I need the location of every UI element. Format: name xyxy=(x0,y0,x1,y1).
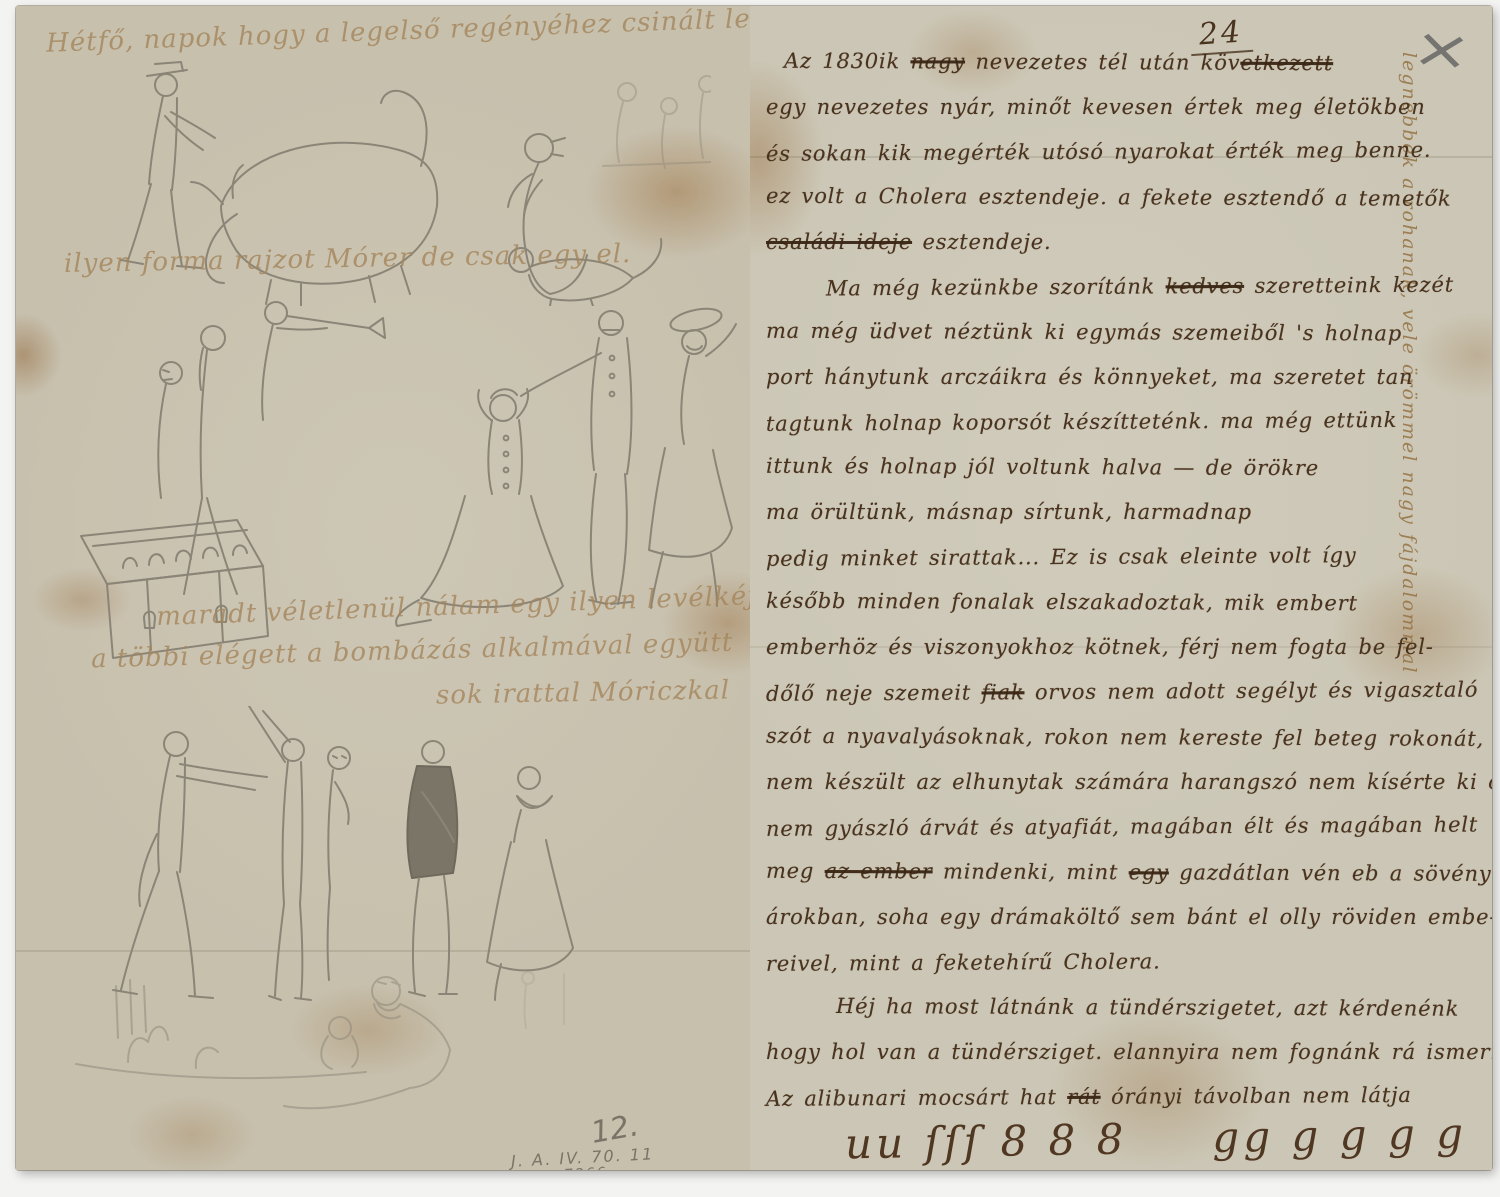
manuscript-line: tagtunk holnap koporsót készítteténk. ma… xyxy=(766,398,1366,447)
ink-text: egy nevezetes nyár, minőt kevesen értek … xyxy=(766,95,1426,119)
manuscript-line: szót a nyavalyásoknak, rokon nem kereste… xyxy=(766,714,1366,762)
ink-text: szót a nyavalyásoknak, rokon nem kereste… xyxy=(766,724,1492,752)
scan-backdrop: Hétfő, napok hogy a legelső regényéhez c… xyxy=(0,0,1500,1197)
ink-text: ez volt a Cholera esztendeje. a fekete e… xyxy=(766,184,1452,211)
manuscript-text-block: Az 1830ik nagy nevezetes tél után követk… xyxy=(766,40,1366,1120)
ink-text: órányi távolban nem látja xyxy=(1101,1083,1412,1109)
ink-text: port hánytunk arczáikra és könnyeket, ma… xyxy=(766,365,1413,389)
ink-text: nem készült az elhunytak számára harangs… xyxy=(766,770,1492,794)
manuscript-line: pedig minket sirattak... Ez is csak elei… xyxy=(766,533,1366,582)
ink-text: ma még üdvet néztünk ki egymás szemeiből… xyxy=(766,319,1402,346)
pen-trials: uu ſſſ 8 8 8gg g g g g xyxy=(845,1109,1468,1169)
ink-text: pedig minket sirattak... Ez is csak elei… xyxy=(766,543,1357,571)
manuscript-sheet: Hétfő, napok hogy a legelső regényéhez c… xyxy=(16,6,1492,1170)
caption-top: Hétfő, napok hogy a legelső regényéhez c… xyxy=(46,6,750,59)
manuscript-line: egy nevezetes nyár, minőt kevesen értek … xyxy=(766,85,1366,130)
manuscript-line: Az 1830ik nagy nevezetes tél után követk… xyxy=(766,39,1366,87)
ink-text: Az 1830ik xyxy=(784,49,911,74)
ink-text: mindenki, mint xyxy=(933,859,1129,884)
manuscript-line: ma örültünk, másnap sírtunk, harmadnap xyxy=(766,490,1366,535)
manuscript-line: Héj ha most látnánk a tündérszigetet, az… xyxy=(766,984,1366,1032)
ink-text: Héj ha most látnánk a tündérszigetet, az… xyxy=(836,994,1459,1021)
manuscript-line: nem gyászló árvát és atyafiát, magában é… xyxy=(766,803,1366,852)
ink-text: később minden fonalak elszakadoztak, mik… xyxy=(766,589,1358,616)
ink-text: nevezetes tél után köv xyxy=(965,50,1240,75)
sketch-reclining-man-with-infant xyxy=(56,946,616,1136)
ink-text: szeretteink kezét xyxy=(1244,273,1454,298)
ink-text: dőlő neje szemeit xyxy=(766,681,982,706)
ink-text: Az alibunari mocsárt hat xyxy=(766,1085,1067,1111)
manuscript-line: ma még üdvet néztünk ki egymás szemeiből… xyxy=(766,309,1366,357)
right-page: 24 × legnebbek a rohanak, vele örömmel n… xyxy=(750,6,1492,1170)
manuscript-line: ittunk és holnap jól voltunk halva — de … xyxy=(766,444,1366,492)
ink-text: ma örültünk, másnap sírtunk, harmadnap xyxy=(766,500,1252,524)
pen-trials-gap xyxy=(1128,1152,1213,1153)
ink-text: gazdátlan vén eb a sövény mellett xyxy=(1169,860,1492,886)
ink-text: emberhöz és viszonyokhoz kötnek, férj ne… xyxy=(766,635,1434,659)
struck-text: etkezett xyxy=(1240,51,1333,75)
struck-text: kedves xyxy=(1166,274,1245,298)
manuscript-line: emberhöz és viszonyokhoz kötnek, férj ne… xyxy=(766,625,1366,670)
ink-text: és sokan kik megérték utósó nyarokat ért… xyxy=(766,138,1432,166)
manuscript-line: ez volt a Cholera esztendeje. a fekete e… xyxy=(766,174,1366,222)
ink-text: reivel, mint a feketehírű Cholera. xyxy=(766,949,1161,975)
struck-text: fiak xyxy=(981,680,1024,704)
ink-text: hogy hol van a tündérsziget. elannyira n… xyxy=(766,1040,1492,1064)
ink-text: nem gyászló árvát és atyafiát, magában é… xyxy=(766,812,1478,840)
struck-text: az ember xyxy=(825,859,933,883)
pen-trials-left: uu ſſſ 8 8 8 xyxy=(845,1115,1128,1169)
ink-text: orvos nem adott segélyt és vigasztaló xyxy=(1024,677,1478,704)
ink-text: árokban, soha egy drámaköltő sem bánt el… xyxy=(766,905,1492,929)
manuscript-line: Ma még kezünkbe szorítánk kedves szerett… xyxy=(766,263,1366,312)
left-page: Hétfő, napok hogy a legelső regényéhez c… xyxy=(16,6,750,1170)
manuscript-line: dőlő neje szemeit fiak orvos nem adott s… xyxy=(766,668,1366,717)
manuscript-line: árokban, soha egy drámaköltő sem bánt el… xyxy=(766,895,1366,940)
struck-text: nagy xyxy=(910,49,965,73)
manuscript-line: később minden fonalak elszakadoztak, mik… xyxy=(766,579,1366,627)
manuscript-line: port hánytunk arczáikra és könnyeket, ma… xyxy=(766,355,1366,400)
struck-text: családi ideje xyxy=(766,230,912,254)
ink-text: esztendeje. xyxy=(912,230,1051,254)
pen-trials-right: gg g g g g xyxy=(1212,1109,1468,1162)
manuscript-line: meg az ember mindenki, mint egy gazdátla… xyxy=(766,849,1366,897)
ink-text: tagtunk holnap koporsót készítteténk. ma… xyxy=(766,408,1397,436)
manuscript-line: hogy hol van a tündérsziget. elannyira n… xyxy=(766,1030,1366,1075)
manuscript-scan: { "colors":{ "background":"#f3f3f1","pap… xyxy=(0,0,1500,1197)
manuscript-line: családi ideje esztendeje. xyxy=(766,220,1366,265)
manuscript-line: nem készült az elhunytak számára harangs… xyxy=(766,760,1366,805)
struck-text: egy xyxy=(1129,860,1169,884)
ink-text: meg xyxy=(766,859,825,883)
manuscript-line: és sokan kik megérték utósó nyarokat ért… xyxy=(766,128,1366,177)
manuscript-line: reivel, mint a feketehírű Cholera. xyxy=(766,938,1366,987)
struck-text: rát xyxy=(1067,1085,1101,1109)
ink-text: Ma még kezünkbe szorítánk xyxy=(826,274,1166,300)
ink-text: ittunk és holnap jól voltunk halva — de … xyxy=(766,454,1319,480)
